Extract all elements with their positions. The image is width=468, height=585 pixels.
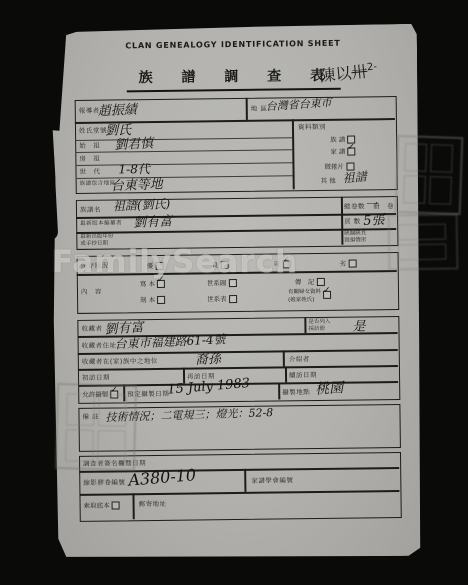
genealogy-name-label: 族譜名 xyxy=(80,206,101,214)
page-title: 族 譜 調 查 表 xyxy=(126,65,340,93)
society-number-label: 家譜學會編號 xyxy=(251,476,293,485)
coverage-area-value: 台東等地 xyxy=(110,173,163,194)
first-ancestor-label: 始 祖 xyxy=(79,142,100,150)
followup-visit-label: 續訪日期 xyxy=(289,371,317,379)
checkbox xyxy=(157,296,165,304)
first-visit-label: 初訪日期 xyxy=(82,374,110,382)
compiler-label: 最新版本編纂者 xyxy=(80,220,122,227)
content-manuscript: 寫 本 xyxy=(140,279,165,288)
checkbox xyxy=(323,291,331,299)
surname-hall-label: 姓氏堂號 xyxy=(79,127,107,135)
type-option-jiapu: 家 譜 xyxy=(330,147,355,156)
branch-ancestor-label: 房 祖 xyxy=(79,155,100,163)
checkbox xyxy=(157,280,165,288)
first-ancestor-value: 劉君慎 xyxy=(114,132,154,153)
holder-position-label: 收藏者在(家)族中之地位 xyxy=(82,357,158,366)
content-pedigree-table: 世系表 xyxy=(207,294,237,303)
checkbox xyxy=(155,262,163,270)
divider xyxy=(246,98,248,120)
divider xyxy=(304,317,306,333)
holder-label: 收藏者 xyxy=(81,325,102,333)
reporter-label: 報導者 xyxy=(79,107,100,115)
annotation-superscript: 2- xyxy=(366,61,377,73)
material-type-title: 資料類別 xyxy=(298,123,326,131)
film-place-label: 攝製地點 xyxy=(282,388,310,396)
condition-excellent: 優 xyxy=(147,261,164,270)
listed-label: 是否列入 採訪冊 xyxy=(308,319,330,333)
type-option-other: 其 他 xyxy=(321,176,336,185)
publish-year-label: 最新出版年份 或手抄日期 xyxy=(80,233,113,247)
microfilm-photo: CLAN GENEALOGY IDENTIFICATION SHEET 族 譜 … xyxy=(0,0,468,585)
checkbox xyxy=(348,260,356,268)
divider xyxy=(278,382,280,399)
holder-position-value: 裔孫 xyxy=(194,348,221,369)
seal-stamp-bottom-left xyxy=(55,383,137,471)
checkbox xyxy=(220,261,228,269)
content-label: 內 容 xyxy=(81,288,102,296)
english-title: CLAN GENEALOGY IDENTIFICATION SHEET xyxy=(49,38,417,51)
mail-address-label: 郵寄地址 xyxy=(139,500,167,508)
holder-address-label: 收藏者住址 xyxy=(82,341,117,350)
pages-label: 頁 數 xyxy=(344,217,361,225)
checkbox xyxy=(112,501,120,509)
content-women-info: 有關婦女資料 (娘家姓氏) xyxy=(288,287,331,304)
pages-value: 5張 xyxy=(363,209,385,229)
seal-stamp-right xyxy=(395,135,464,215)
divider xyxy=(244,469,246,492)
film-place-value: 桃園 xyxy=(315,377,344,399)
content-biography: 傳 記 xyxy=(295,277,325,286)
condition-poor: 劣 xyxy=(340,259,357,268)
checkbox xyxy=(282,260,290,268)
condition-fair: 可 xyxy=(274,259,291,268)
seal-stamp-right-lower xyxy=(388,213,459,270)
annotation-struck: 卅 xyxy=(350,62,368,82)
content-woodblock: 刻 本 xyxy=(140,295,165,304)
checkbox xyxy=(347,148,355,156)
checkbox xyxy=(316,278,324,286)
checkbox xyxy=(229,295,237,303)
condition-good: 良 xyxy=(212,260,229,269)
listed-value: 是 xyxy=(352,315,365,334)
copy-request-option: 索取底本 xyxy=(84,500,120,509)
annotation-text: 陳以 xyxy=(319,63,353,85)
compiler-value: 劉有富 xyxy=(133,210,173,231)
divider xyxy=(285,366,287,382)
handwritten-annotation: 陳以卅2- xyxy=(318,58,378,87)
checkbox xyxy=(228,279,236,287)
film-number-label: 縮影膠卷編號 xyxy=(83,478,125,487)
divider xyxy=(132,493,134,519)
introducer-label: 介紹者 xyxy=(289,355,310,363)
type-other-value: 祖譜 xyxy=(342,168,367,187)
reporter-value: 趙振績 xyxy=(97,99,137,120)
divider xyxy=(283,350,285,366)
condition-label: 保存狀況 xyxy=(81,262,109,270)
content-pedigree-chart: 世系圖 xyxy=(207,278,237,287)
genealogy-sheet: CLAN GENEALOGY IDENTIFICATION SHEET 族 譜 … xyxy=(49,24,423,560)
generations-label: 世 代 xyxy=(79,168,100,176)
missing-pages-label: 缺漏缺頁 毀損情形 xyxy=(344,230,366,244)
